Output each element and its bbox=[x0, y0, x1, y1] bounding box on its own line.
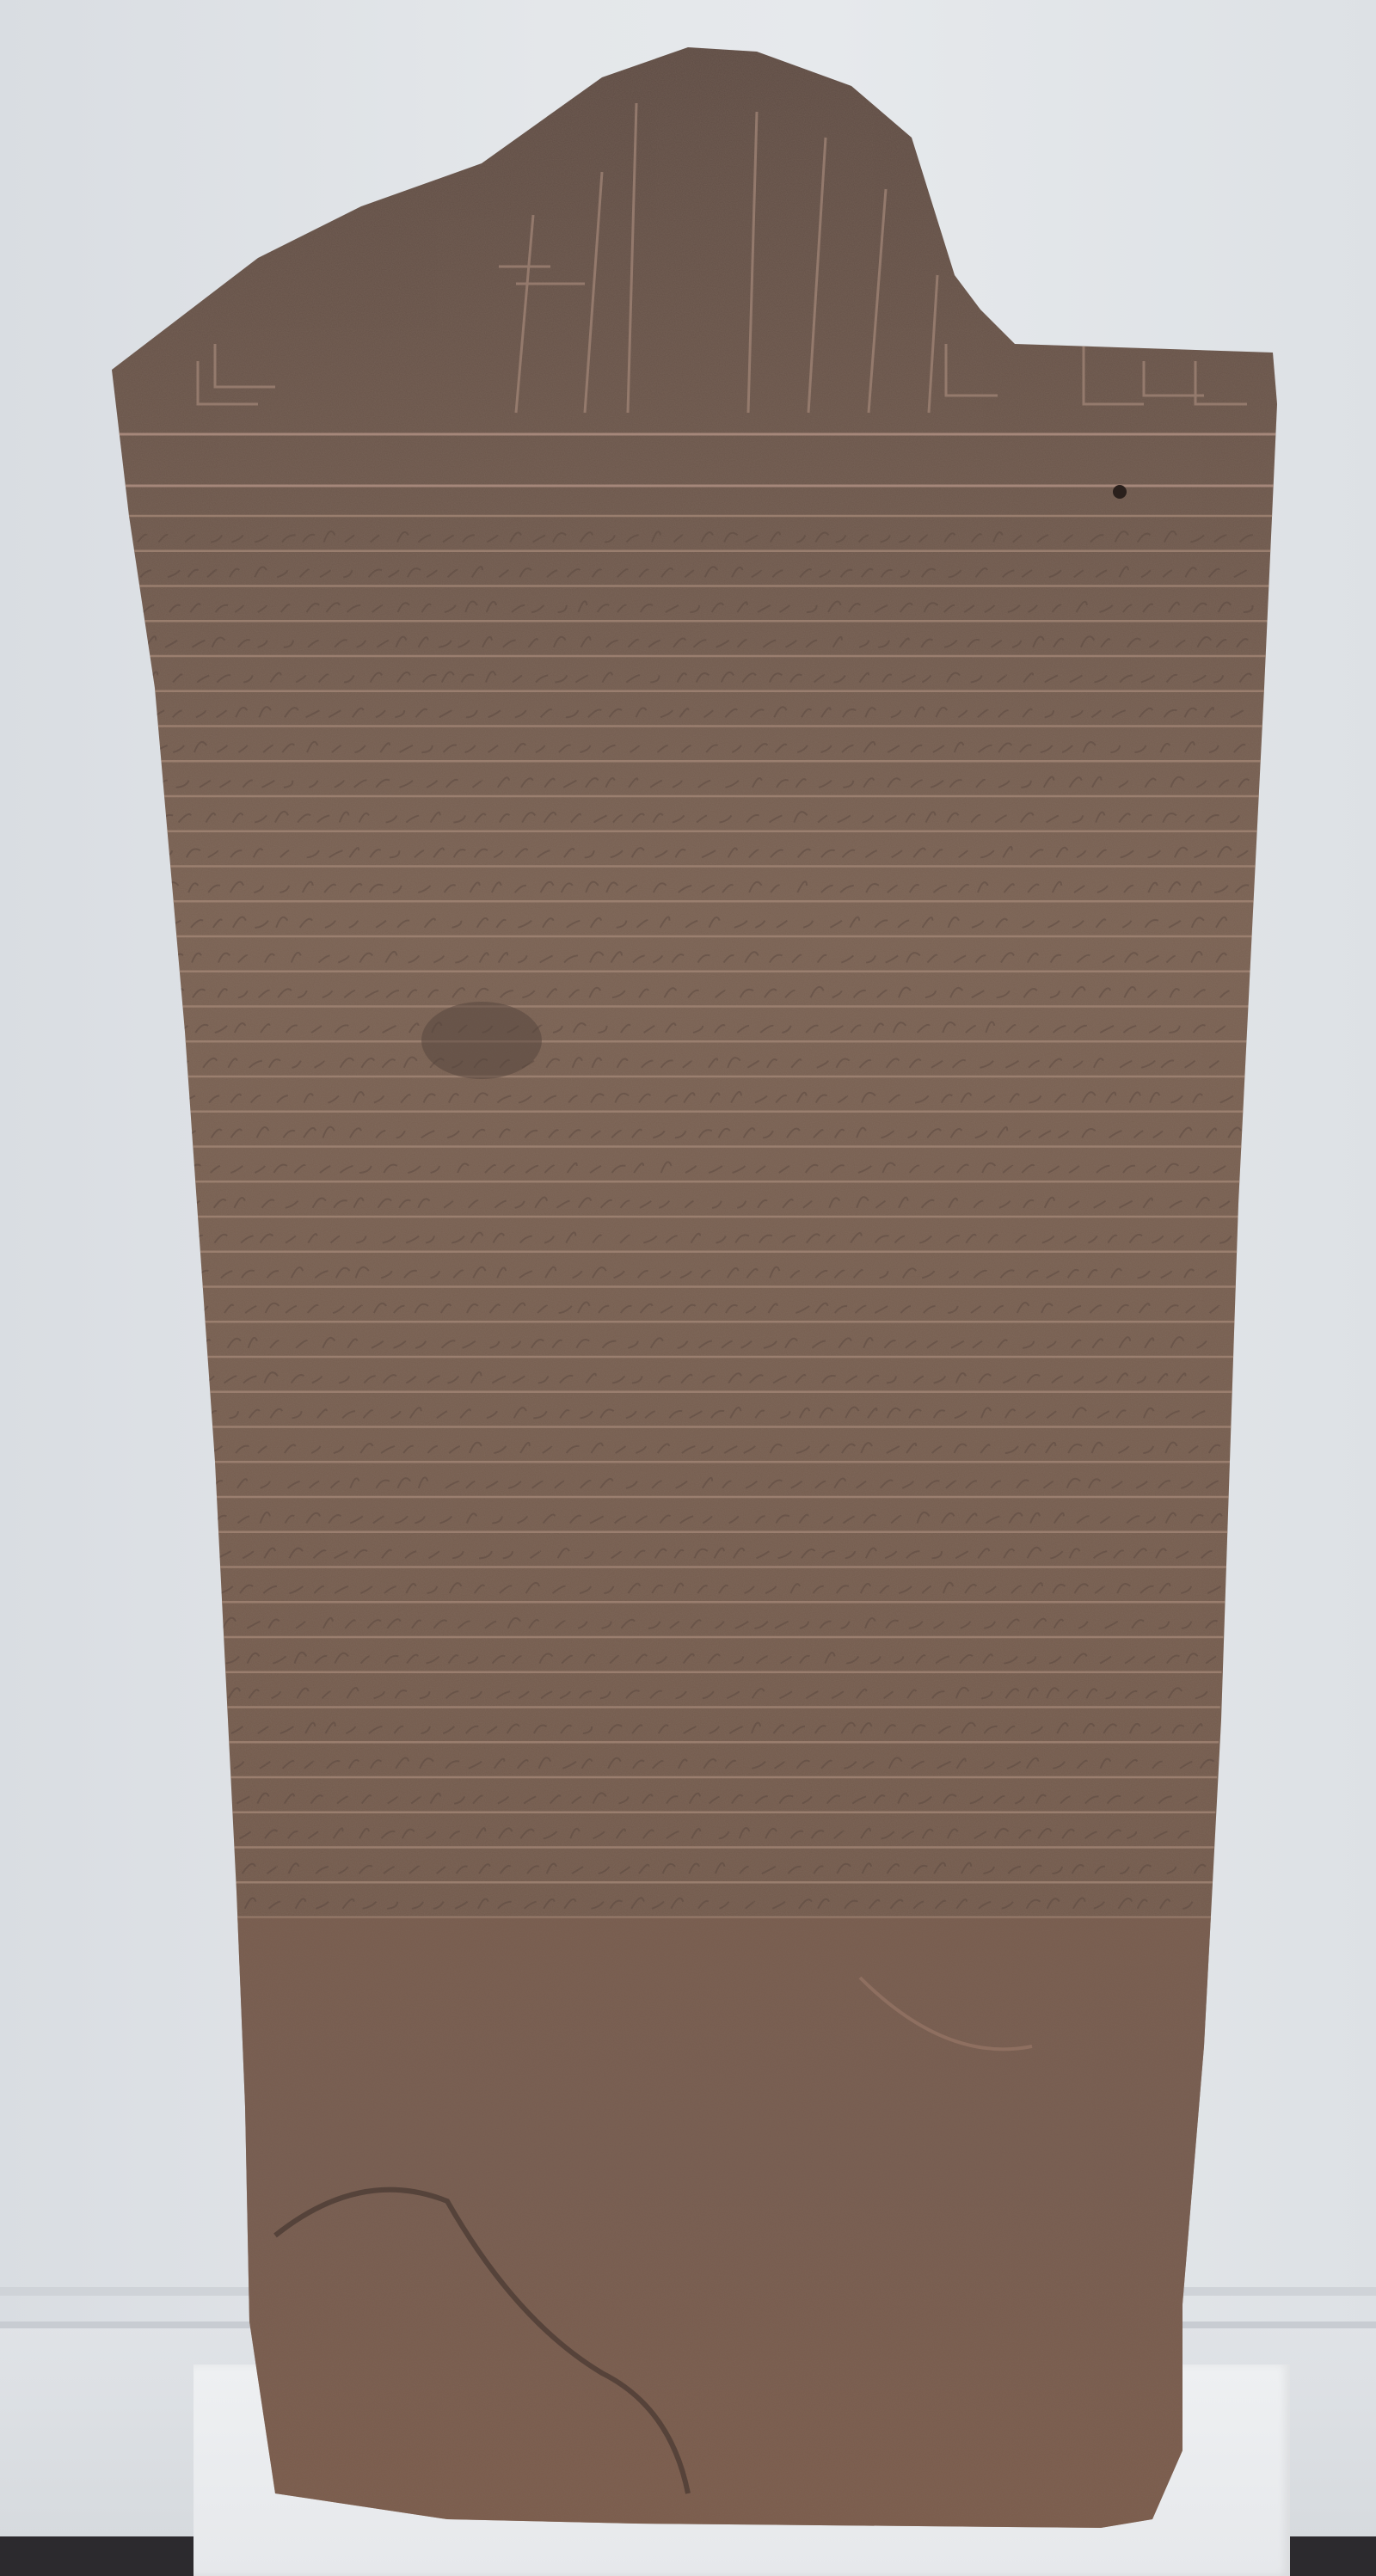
inscription-lines bbox=[120, 516, 1273, 1917]
eroded-base bbox=[215, 1917, 1247, 2536]
stela bbox=[0, 0, 1376, 2576]
